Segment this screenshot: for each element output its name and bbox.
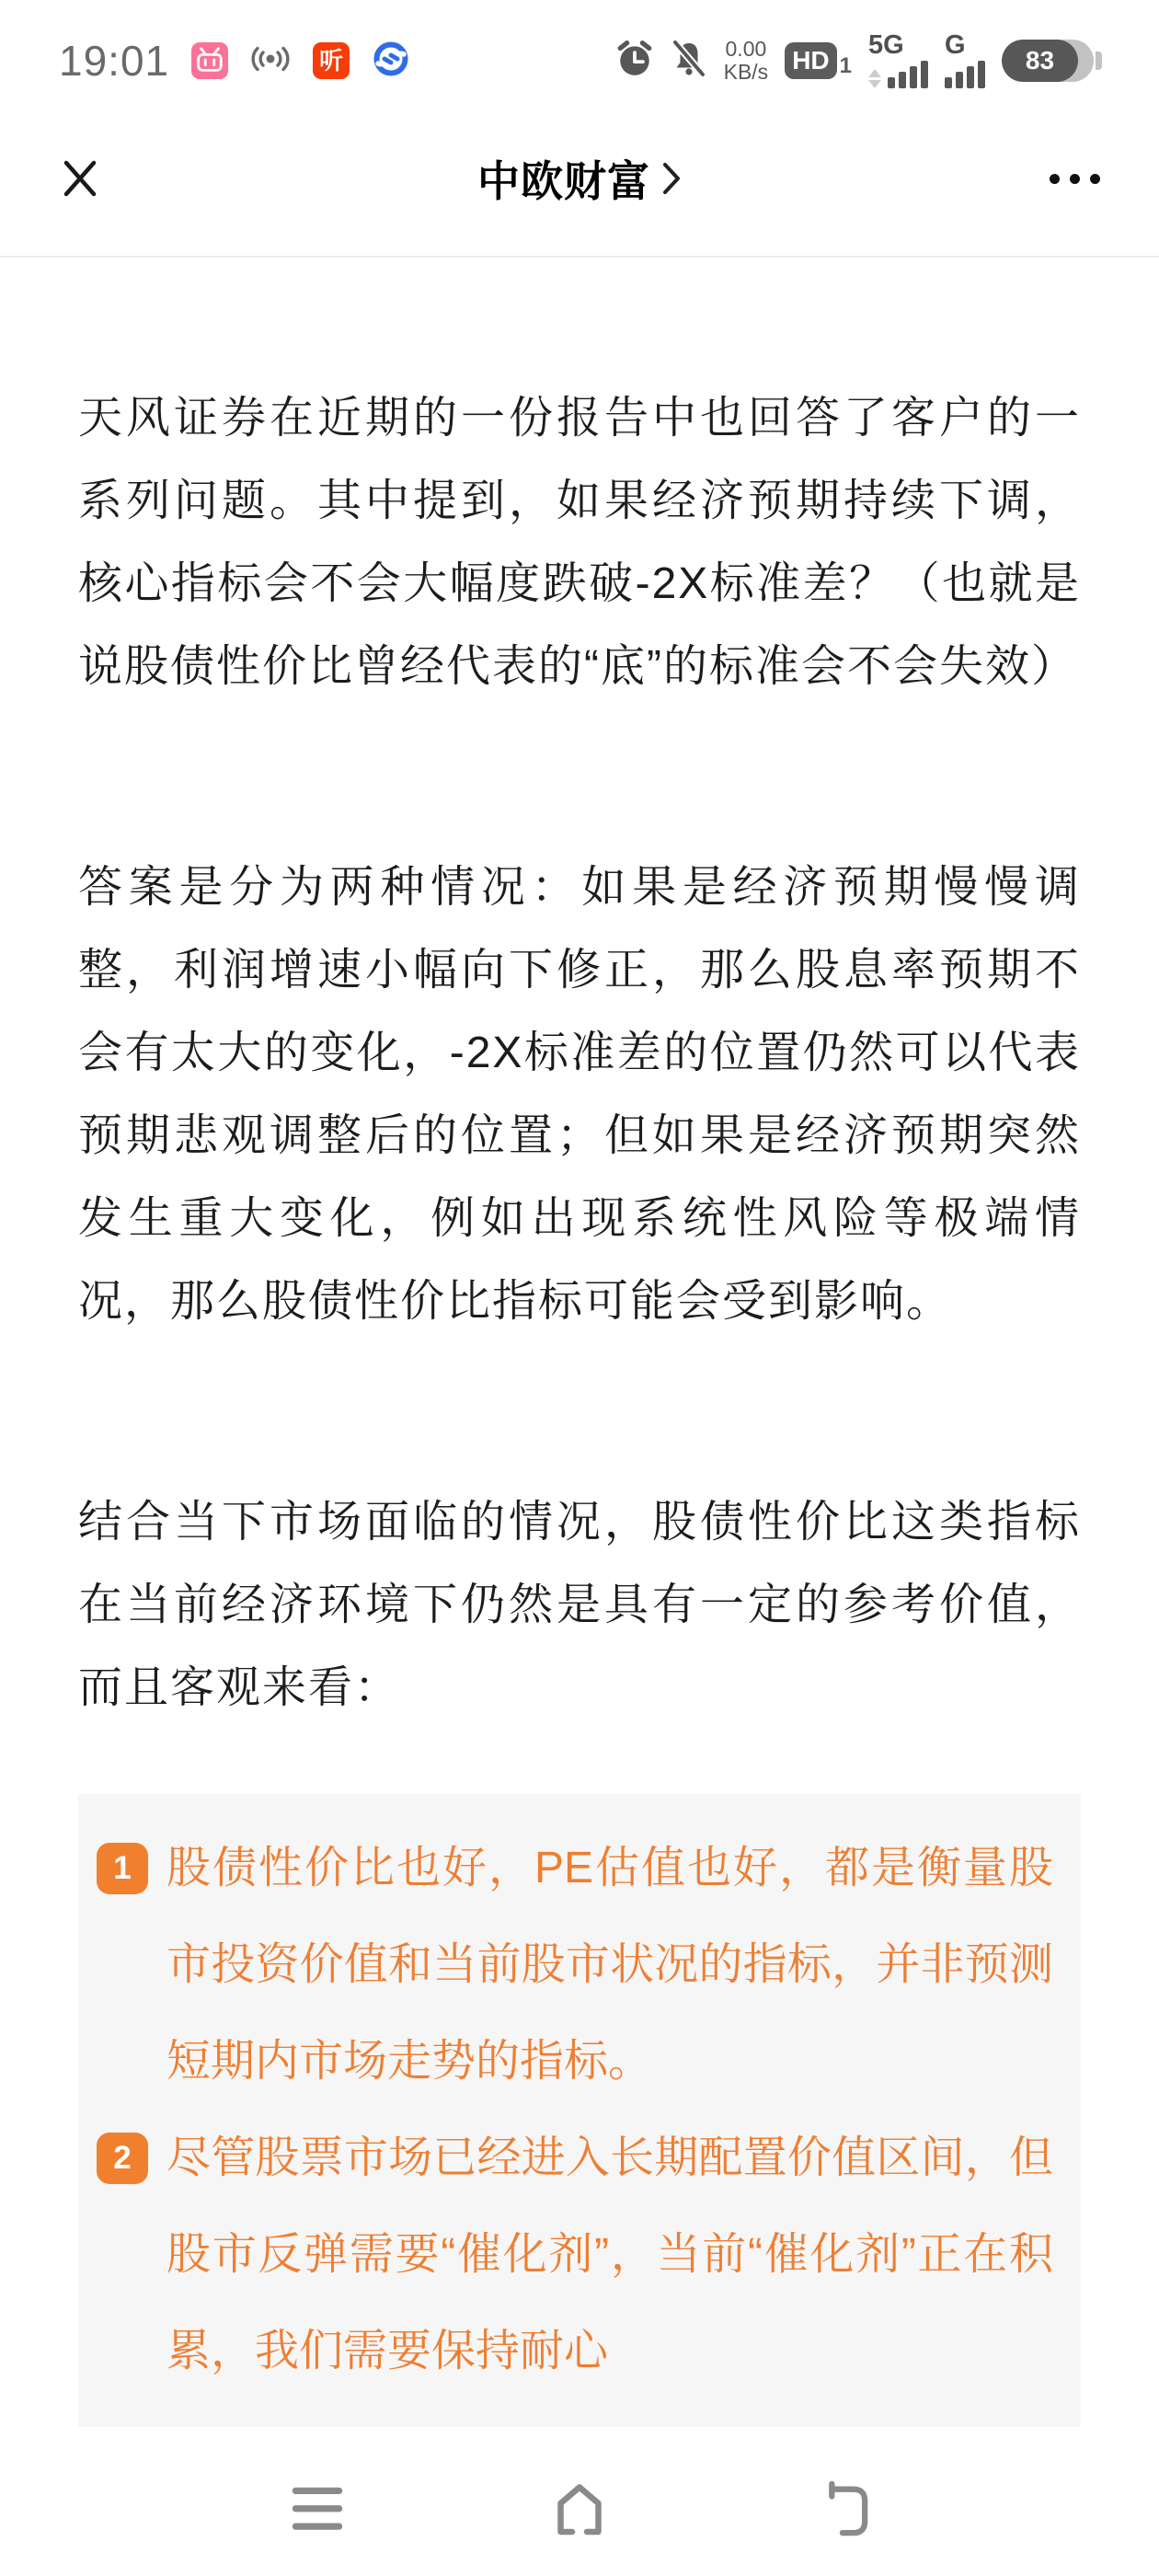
network-speed: 0.00 KB/s: [724, 38, 769, 84]
hd-volte-badge: HD 1: [785, 42, 852, 79]
list-number-badge: 1: [97, 1843, 148, 1894]
hd-sub-number: 1: [840, 53, 852, 79]
data-updown-arrows-icon: [868, 69, 881, 88]
more-menu-button[interactable]: [1050, 174, 1100, 184]
status-bar: 19:01 听: [0, 0, 1159, 101]
list-item: 2 尽管股票市场已经进入长期配置价值区间，但股市反弹需要“催化剂”，当前“催化剂…: [97, 2110, 1053, 2399]
clock-time: 19:01: [59, 36, 169, 86]
home-button[interactable]: [547, 2477, 612, 2541]
battery-nub: [1096, 52, 1102, 70]
page-title: 中欧财富: [477, 148, 650, 209]
network-speed-value: 0.00: [724, 38, 769, 61]
recents-menu-button[interactable]: [285, 2477, 350, 2541]
battery-indicator: 83: [1002, 40, 1102, 82]
more-dots-icon: [1050, 174, 1060, 184]
highlight-card: 1 股债性价比也好，PE估值也好，都是衡量股市投资价值和当前股市状况的指标，并非…: [78, 1794, 1081, 2427]
list-item-text: 尽管股票市场已经进入长期配置价值区间，但股市反弹需要“催化剂”，当前“催化剂”正…: [166, 2110, 1053, 2399]
hd-label: HD: [785, 42, 836, 79]
alarm-clock-icon: [615, 40, 654, 83]
blue-knot-app-icon: [372, 40, 410, 83]
status-bar-right: 0.00 KB/s HD 1 5G G: [615, 33, 1102, 87]
signal-secondary: G: [945, 33, 985, 87]
article-content: 天风证券在近期的一份报告中也回答了客户的一系列问题。其中提到，如果经济预期持续下…: [0, 259, 1159, 2441]
list-number-badge: 2: [97, 2133, 148, 2184]
status-bar-left: 19:01 听: [59, 36, 410, 86]
signal-primary: 5G: [868, 33, 928, 87]
signal-bars-primary-icon: [888, 61, 928, 88]
bell-muted-icon: [671, 40, 707, 83]
bilibili-app-icon: [191, 42, 228, 79]
system-nav-bar: [0, 2441, 1159, 2576]
signal-primary-label: 5G: [868, 33, 904, 57]
menu-icon: [289, 2481, 346, 2536]
app-header: 中欧财富: [0, 101, 1159, 258]
live-broadcast-icon: [250, 44, 291, 78]
list-item-text: 股债性价比也好，PE估值也好，都是衡量股市投资价值和当前股市状况的指标，并非预测…: [166, 1820, 1053, 2110]
battery-percent: 83: [1026, 46, 1054, 75]
back-button[interactable]: [809, 2477, 874, 2541]
header-title-group[interactable]: 中欧财富: [0, 101, 1159, 256]
ting-glyph: 听: [319, 49, 343, 73]
article-paragraph: 答案是分为两种情况：如果是经济预期慢慢调整，利润增速小幅向下修正，那么股息率预期…: [78, 846, 1081, 1343]
home-icon: [549, 2479, 610, 2538]
network-speed-unit: KB/s: [724, 61, 769, 84]
ting-app-icon: 听: [313, 42, 350, 79]
article-paragraph: 天风证券在近期的一份报告中也回答了客户的一系列问题。其中提到，如果经济预期持续下…: [78, 377, 1081, 708]
phone-screen: 19:01 听: [0, 0, 1159, 2576]
close-button[interactable]: [59, 157, 101, 200]
signal-bars-secondary-icon: [945, 61, 985, 88]
close-icon: [59, 157, 101, 200]
chevron-right-icon: [661, 162, 682, 195]
back-icon: [813, 2480, 870, 2537]
signal-secondary-label: G: [945, 33, 966, 57]
article-paragraph: 结合当下市场面临的情况，股债性价比这类指标在当前经济环境下仍然是具有一定的参考价…: [78, 1481, 1081, 1730]
tv-glyph: [194, 45, 225, 76]
list-item: 1 股债性价比也好，PE估值也好，都是衡量股市投资价值和当前股市状况的指标，并非…: [97, 1820, 1053, 2110]
